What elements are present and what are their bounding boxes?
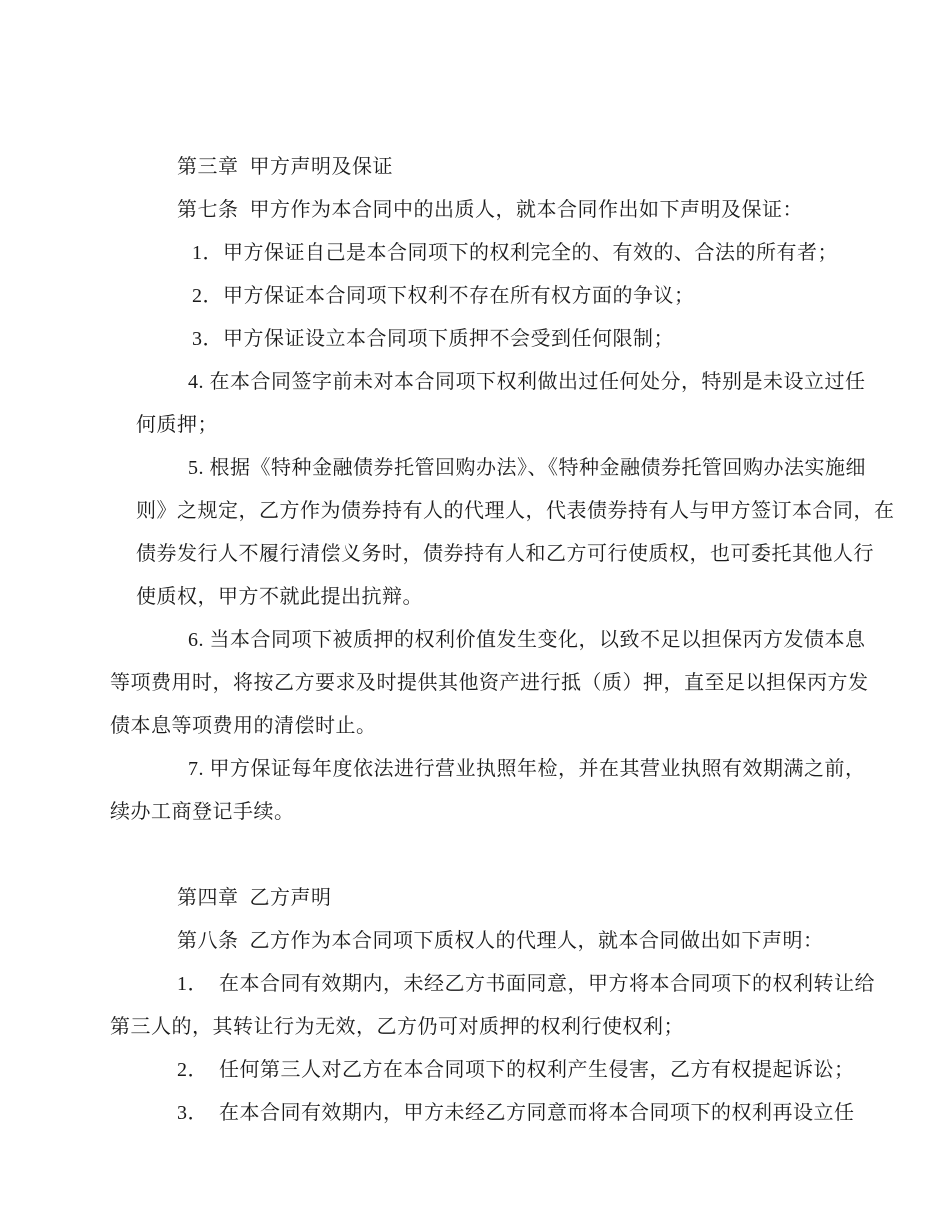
document-line: 5. 根据《特种金融债券托管回购办法》、《特种金融债券托管回购办法实施细 [0,447,950,490]
document-line: 6. 当本合同项下被质押的权利价值发生变化，以致不足以担保丙方发债本息 [0,619,950,662]
document-line: 7. 甲方保证每年度依法进行营业执照年检，并在其营业执照有效期满之前， [0,748,950,791]
document-line: 则》之规定，乙方作为债券持有人的代理人，代表债券持有人与甲方签订本合同，在 [0,490,950,533]
document-line: 使质权，甲方不就此提出抗辩。 [0,576,950,619]
document-line: 3．甲方保证设立本合同项下质押不会受到任何限制； [0,318,950,361]
document-line: 何质押； [0,404,950,447]
document-line: 第八条 乙方作为本合同项下质权人的代理人，就本合同做出如下声明： [0,920,950,963]
document-line: 2． 任何第三人对乙方在本合同项下的权利产生侵害，乙方有权提起诉讼； [0,1049,950,1092]
document-blank-line [0,834,950,877]
document-line: 债券发行人不履行清偿义务时，债券持有人和乙方可行使质权，也可委托其他人行 [0,533,950,576]
document-page: 第三章 甲方声明及保证第七条 甲方作为本合同中的出质人，就本合同作出如下声明及保… [0,0,950,1230]
document-line: 2．甲方保证本合同项下权利不存在所有权方面的争议； [0,275,950,318]
document-line: 债本息等项费用的清偿时止。 [0,705,950,748]
document-line: 续办工商登记手续。 [0,791,950,834]
document-line: 第七条 甲方作为本合同中的出质人，就本合同作出如下声明及保证： [0,189,950,232]
document-line: 等项费用时，将按乙方要求及时提供其他资产进行抵（质）押，直至足以担保丙方发 [0,662,950,705]
document-line: 1．甲方保证自己是本合同项下的权利完全的、有效的、合法的所有者； [0,232,950,275]
document-line: 3． 在本合同有效期内，甲方未经乙方同意而将本合同项下的权利再设立任 [0,1092,950,1135]
document-body: 第三章 甲方声明及保证第七条 甲方作为本合同中的出质人，就本合同作出如下声明及保… [0,146,950,1135]
document-line: 第三章 甲方声明及保证 [0,146,950,189]
document-line: 4. 在本合同签字前未对本合同项下权利做出过任何处分，特别是未设立过任 [0,361,950,404]
document-line: 1． 在本合同有效期内，未经乙方书面同意，甲方将本合同项下的权利转让给 [0,963,950,1006]
document-line: 第三人的，其转让行为无效，乙方仍可对质押的权利行使权利； [0,1006,950,1049]
document-line: 第四章 乙方声明 [0,877,950,920]
